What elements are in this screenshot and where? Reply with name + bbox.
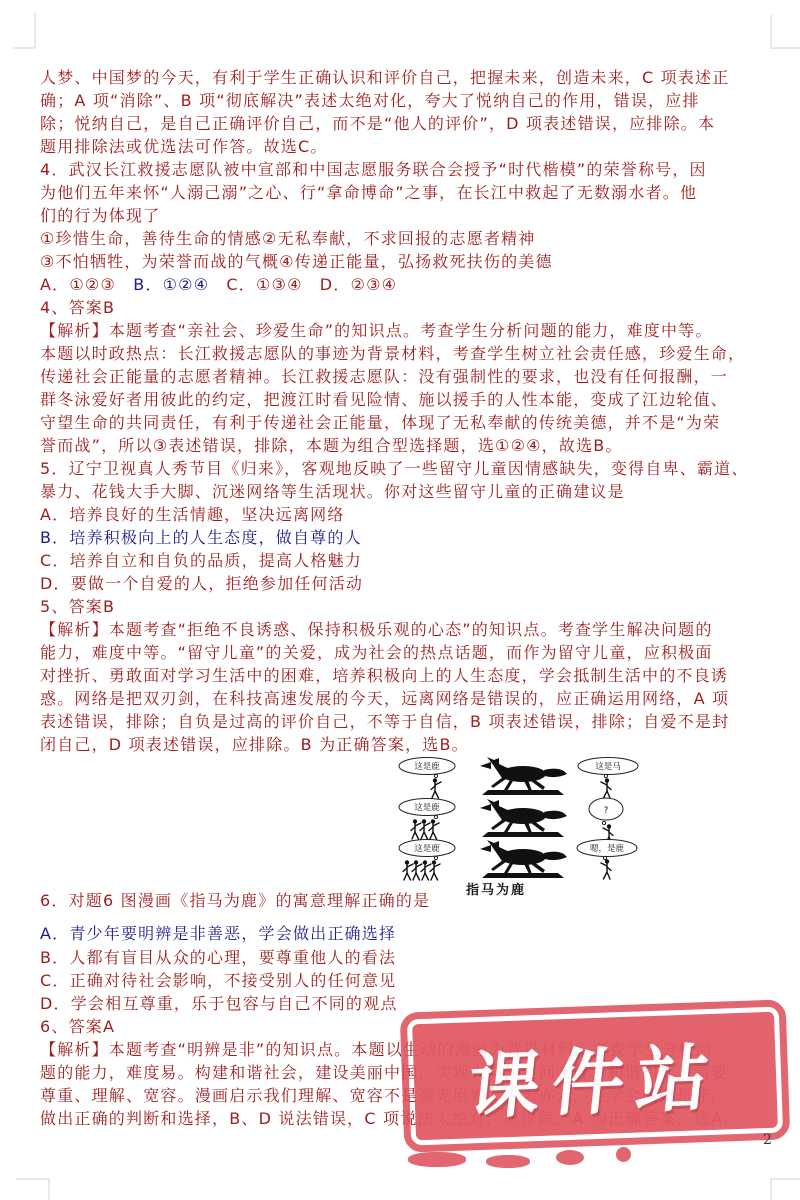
cartoon-figure: 这是鹿 这是马 这是鹿 ? xyxy=(396,756,646,898)
text-line: 4、答案B xyxy=(40,298,115,318)
text-segment: 为他们五年来怀“人溺己溺”之心、行“拿命博命”之事，在长江中救起了无数溺水者。他 xyxy=(40,183,697,202)
text-segment: 除；悦纳自己，是自己正确评价自己，而不是“他人的评价”，D 项表述错误，应排除。… xyxy=(40,114,715,133)
text-segment: 4、答案B xyxy=(40,298,115,317)
text-line: A．①②③ B．①②④ C．①③④ D．②③④ xyxy=(40,275,397,295)
text-line: 守望生命的共同责任，有利于传递社会正能量，体现了无私奉献的传统美德，并不是“为荣 xyxy=(40,413,720,433)
text-line: ③不怕牺牲，为荣誉而战的气概④传递正能量，弘扬救死扶伤的美德 xyxy=(40,252,553,272)
text-line: 群冬泳爱好者用彼此的约定，把渡江时看见险情、施以援手的人性本能，变成了江边轮值、 xyxy=(40,390,728,410)
text-line: 题用排除法或优选法可作答。故选C。 xyxy=(40,137,328,157)
stick-figure xyxy=(403,860,413,880)
text-segment: ①珍惜生命，善待生命的情感②无私奉献，不求回报的志愿者精神 xyxy=(40,229,536,248)
text-line: 对挫折、勇敢面对学习生活中的困难，培养积极向上的人生态度，学会抵制生活中的不良诱 xyxy=(40,666,728,686)
horse-silhouette xyxy=(480,799,567,837)
text-segment: B．培养积极向上的人生态度，做自尊的人 xyxy=(40,528,362,547)
text-segment: 本题以时政热点：长江救援志愿队的事迹为背景材料，考查学生树立社会责任感，珍爱生命… xyxy=(40,344,745,363)
text-segment: A．青少年要明辨是非善恶，学会做出正确选择 xyxy=(40,924,396,943)
speech-bubble-text: 这是鹿 xyxy=(414,802,440,813)
text-line: B．培养积极向上的人生态度，做自尊的人 xyxy=(40,528,362,548)
text-line: 为他们五年来怀“人溺己溺”之心、行“拿命博命”之事，在长江中救起了无数溺水者。他 xyxy=(40,183,697,203)
text-segment: B．①②④ xyxy=(133,275,226,294)
text-line: 传递社会正能量的志愿者精神。长江救援志愿队：没有强制性的要求，也没有任何报酬，一 xyxy=(40,367,728,387)
text-line: 6、答案A xyxy=(40,1017,115,1037)
text-segment: A．培养良好的生活情趣，坚决远离网络 xyxy=(40,505,345,524)
text-segment: C．正确对待社会影响，不接受别人的任何意见 xyxy=(40,971,396,990)
text-segment: 6、答案A xyxy=(40,1017,115,1036)
speech-bubble-text: ? xyxy=(604,806,609,816)
text-segment: C．①③④ D．②③④ xyxy=(226,275,397,294)
text-line: 确；A 项“消除”、B 项“彻底解决”表述太绝对化，夸大了悦纳自己的作用，错误，… xyxy=(40,91,700,111)
stick-figure xyxy=(421,860,431,880)
stick-figure xyxy=(601,778,611,798)
text-segment: D．要做一个自爱的人，拒绝参加任何活动 xyxy=(40,574,363,593)
horse-silhouette xyxy=(480,757,567,795)
stick-figure xyxy=(420,819,430,839)
text-line: D．学会相互尊重，乐于包容与自己不同的观点 xyxy=(40,994,398,1014)
text-line: 本题以时政热点：长江救援志愿队的事迹为背景材料，考查学生树立社会责任感，珍爱生命… xyxy=(40,344,745,364)
stick-figure xyxy=(429,819,439,839)
text-segment: A．①②③ xyxy=(40,275,133,294)
stick-figure xyxy=(412,860,422,880)
text-line: A．培养良好的生活情趣，坚决远离网络 xyxy=(40,505,345,525)
text-segment: 守望生命的共同责任，有利于传递社会正能量，体现了无私奉献的传统美德，并不是“为荣 xyxy=(40,413,720,432)
cartoon-caption: 指马为鹿 xyxy=(396,879,596,898)
text-line: 【解析】本题考查“亲社会、珍爱生命”的知识点。考查学生分析问题的能力，难度中等。 xyxy=(40,321,713,341)
text-line: C．培养自立和自负的品质，提高人格魅力 xyxy=(40,551,362,571)
text-line: 们的行为体现了 xyxy=(40,206,160,226)
text-segment: 暴力、花钱大手大脚、沉迷网络等生活现状。你对这些留守儿童的正确建议是 xyxy=(40,482,625,501)
text-segment: D．学会相互尊重，乐于包容与自己不同的观点 xyxy=(40,994,398,1013)
speech-bubble-text: 这是鹿 xyxy=(414,761,440,772)
stick-figure xyxy=(431,778,441,798)
text-line: 4．武汉长江救援志愿队被中宣部和中国志愿服务联合会授予“时代楷模”的荣誉称号，因 xyxy=(40,160,707,180)
cartoon-row: 这是鹿 嗯，是鹿 xyxy=(399,840,637,881)
text-segment: 惑。网络是把双刃剑，在科技高速发展的今天，远离网络是错误的，应正确运用网络，A … xyxy=(40,689,729,708)
crop-mark-top-right xyxy=(770,15,800,49)
watermark-stamp: 课件站 xyxy=(400,999,791,1152)
crop-mark-top-left xyxy=(13,13,36,49)
text-line: 闭自己，D 项表述错误，应排除。B 为正确答案，选B。 xyxy=(40,735,469,755)
text-line: 5、答案B xyxy=(40,597,115,617)
stamp-text: 课件站 xyxy=(464,1019,727,1132)
text-segment: 人梦、中国梦的今天，有利于学生正确认识和评价自己，把握未来，创造未来，C 项表述… xyxy=(40,68,729,87)
text-segment: 5．辽宁卫视真人秀节目《归来》，客观地反映了一些留守儿童因情感缺失，变得自卑、霸… xyxy=(40,459,749,478)
text-line: B．人都有盲目从众的心理，要尊重他人的看法 xyxy=(40,948,396,968)
text-line: ①珍惜生命，善待生命的情感②无私奉献，不求回报的志愿者精神 xyxy=(40,229,536,249)
speech-bubble-text: 嗯，是鹿 xyxy=(590,843,625,854)
text-line: 能力，难度中等。“留守儿童”的关爱，成为社会的热点话题，而作为留守儿童，应积极面 xyxy=(40,643,713,663)
speech-bubble-text: 这是马 xyxy=(595,761,621,772)
text-line: C．正确对待社会影响，不接受别人的任何意见 xyxy=(40,971,396,991)
text-segment: 4．武汉长江救援志愿队被中宣部和中国志愿服务联合会授予“时代楷模”的荣誉称号，因 xyxy=(40,160,707,179)
text-segment: 对挫折、勇敢面对学习生活中的困难，培养积极向上的人生态度，学会抵制生活中的不良诱 xyxy=(40,666,728,685)
text-segment: ③不怕牺牲，为荣誉而战的气概④传递正能量，弘扬救死扶伤的美德 xyxy=(40,252,553,271)
text-segment: 誉而战”，所以③表述错误，排除，本题为组合型选择题，选①②④，故选B。 xyxy=(40,436,623,455)
stamp-ink-blob xyxy=(486,1155,530,1168)
text-line: 6．对题6 图漫画《指马为鹿》的寓意理解正确的是 xyxy=(40,891,430,911)
speech-bubble-text: 这是鹿 xyxy=(414,843,440,854)
text-line: 5．辽宁卫视真人秀节目《归来》，客观地反映了一些留守儿童因情感缺失，变得自卑、霸… xyxy=(40,459,749,479)
text-segment: 6．对题6 图漫画《指马为鹿》的寓意理解正确的是 xyxy=(40,891,430,910)
page-number: 2 xyxy=(763,1132,772,1148)
stamp-ink-blob xyxy=(408,1152,466,1167)
crop-mark-bottom-left xyxy=(16,1178,50,1200)
text-segment: C．培养自立和自负的品质，提高人格魅力 xyxy=(40,551,362,570)
stamp-background: 课件站 xyxy=(412,1012,778,1141)
stick-figure xyxy=(430,860,440,880)
crop-mark-bottom-right xyxy=(770,1178,800,1200)
text-segment: 表述错误，排除；自负是过高的评价自己，不等于自信，B 项表述错误，排除；自爱不是… xyxy=(40,712,729,731)
text-line: 誉而战”，所以③表述错误，排除，本题为组合型选择题，选①②④，故选B。 xyxy=(40,436,623,456)
horse-silhouette xyxy=(480,840,567,878)
text-line: 惑。网络是把双刃剑，在科技高速发展的今天，远离网络是错误的，应正确运用网络，A … xyxy=(40,689,729,709)
cartoon-row: 这是鹿 ? xyxy=(399,798,623,844)
cartoon-row: 这是鹿 这是马 xyxy=(399,757,638,798)
stick-figure xyxy=(601,859,611,879)
text-line: 表述错误，排除；自负是过高的评价自己，不等于自信，B 项表述错误，排除；自爱不是… xyxy=(40,712,729,732)
document-page: 人梦、中国梦的今天，有利于学生正确认识和评价自己，把握未来，创造未来，C 项表述… xyxy=(0,0,800,1200)
text-segment: 能力，难度中等。“留守儿童”的关爱，成为社会的热点话题，而作为留守儿童，应积极面 xyxy=(40,643,713,662)
text-line: 除；悦纳自己，是自己正确评价自己，而不是“他人的评价”，D 项表述错误，应排除。… xyxy=(40,114,715,134)
text-line: 【解析】本题考查“拒绝不良诱惑、保持积极乐观的心态”的知识点。考查学生解决问题的 xyxy=(40,620,713,640)
text-segment: 5、答案B xyxy=(40,597,115,616)
text-segment: 传递社会正能量的志愿者精神。长江救援志愿队：没有强制性的要求，也没有任何报酬，一 xyxy=(40,367,728,386)
horse-cartoon-image: 这是鹿 这是马 这是鹿 ? xyxy=(396,756,646,882)
text-line: 人梦、中国梦的今天，有利于学生正确认识和评价自己，把握未来，创造未来，C 项表述… xyxy=(40,68,729,88)
text-segment: 们的行为体现了 xyxy=(40,206,160,225)
stamp-ink-blob xyxy=(616,1147,631,1162)
text-segment: 闭自己，D 项表述错误，应排除。B 为正确答案，选B。 xyxy=(40,735,469,754)
text-segment: 【解析】本题考查“拒绝不良诱惑、保持积极乐观的心态”的知识点。考查学生解决问题的 xyxy=(40,620,713,639)
text-line: A．青少年要明辨是非善恶，学会做出正确选择 xyxy=(40,924,396,944)
text-segment: 题用排除法或优选法可作答。故选C。 xyxy=(40,137,328,156)
text-segment: B．人都有盲目从众的心理，要尊重他人的看法 xyxy=(40,948,396,967)
text-line: 暴力、花钱大手大脚、沉迷网络等生活现状。你对这些留守儿童的正确建议是 xyxy=(40,482,625,502)
text-line: D．要做一个自爱的人，拒绝参加任何活动 xyxy=(40,574,363,594)
stamp-ink-blob xyxy=(556,1150,584,1165)
text-segment: 【解析】本题考查“亲社会、珍爱生命”的知识点。考查学生分析问题的能力，难度中等。 xyxy=(40,321,713,340)
text-segment: 群冬泳爱好者用彼此的约定，把渡江时看见险情、施以援手的人性本能，变成了江边轮值、 xyxy=(40,390,728,409)
stick-figure xyxy=(411,819,421,839)
text-segment: 确；A 项“消除”、B 项“彻底解决”表述太绝对化，夸大了悦纳自己的作用，错误，… xyxy=(40,91,700,110)
